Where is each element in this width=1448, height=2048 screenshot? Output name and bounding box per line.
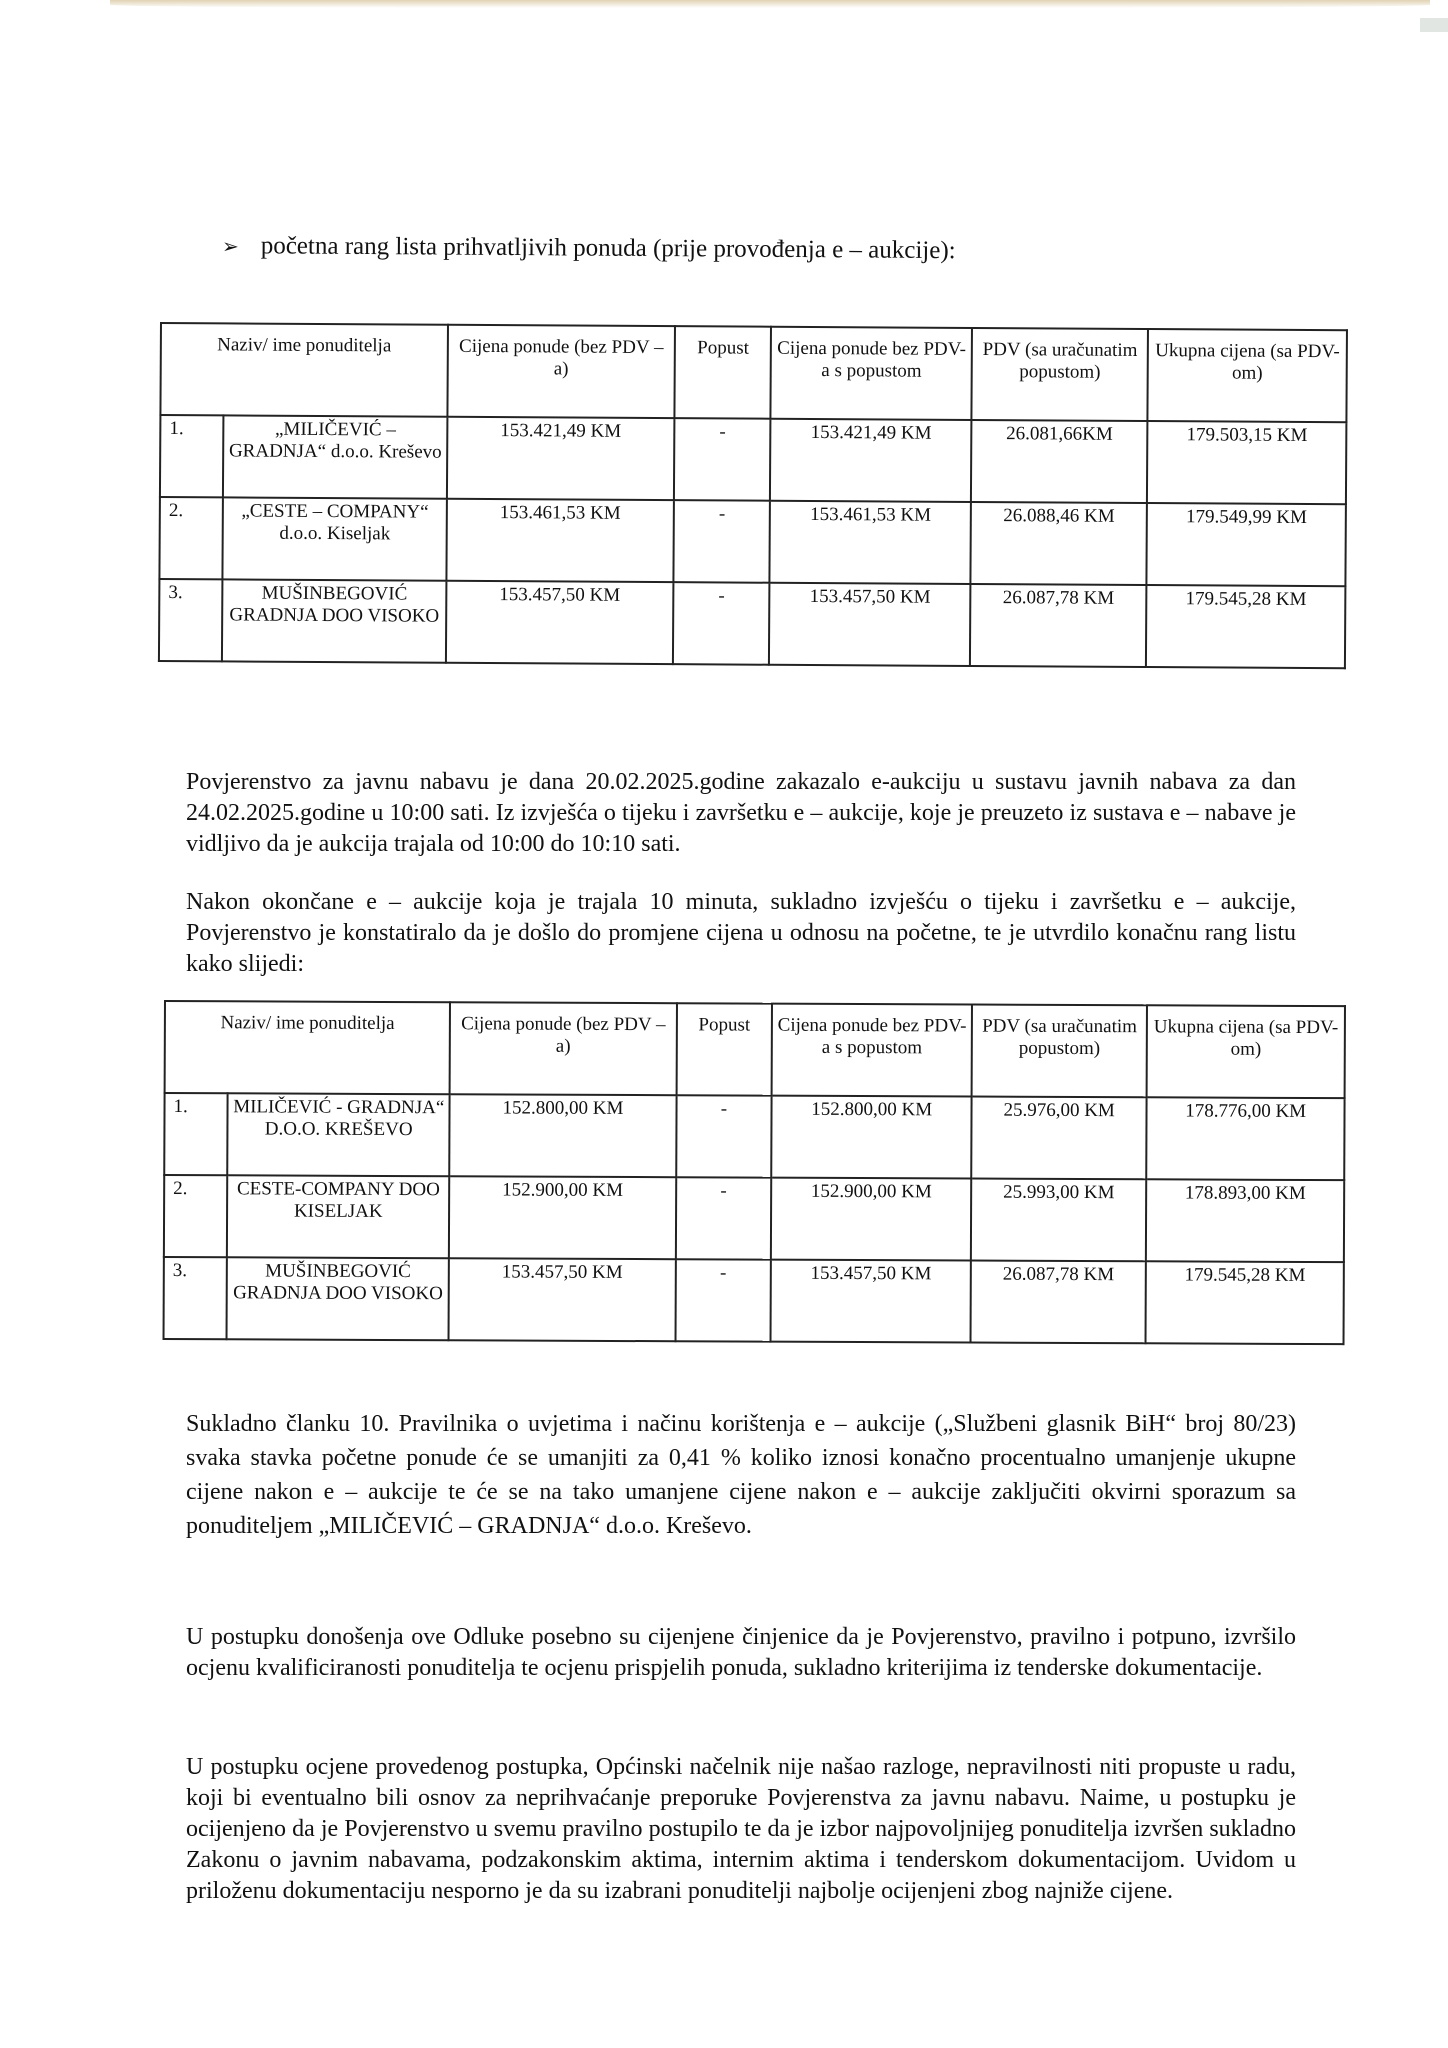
price-with-discount: 153.457,50 KM (769, 583, 970, 666)
total: 179.545,28 KM (1146, 1261, 1344, 1344)
header-vat: PDV (sa uračunatim popustom) (972, 328, 1149, 421)
discount: - (673, 582, 770, 665)
price: 153.457,50 KM (446, 581, 674, 664)
header-discount: Popust (675, 326, 772, 419)
price-with-discount: 152.900,00 KM (771, 1178, 971, 1261)
price-with-discount: 153.457,50 KM (771, 1260, 971, 1343)
header-price-discount: Cijena ponude bez PDV-a s popustom (771, 327, 972, 420)
initial-ranking-heading: ➢ početna rang lista prihvatljivih ponud… (222, 232, 956, 265)
page-top-edge (110, 0, 1430, 8)
header-bidder-name: Naziv/ ime ponuditelja (165, 1001, 451, 1094)
total: 179.549,99 KM (1147, 503, 1346, 586)
vat: 26.088,46 KM (971, 502, 1148, 585)
price: 153.421,49 KM (447, 417, 675, 500)
price: 153.461,53 KM (446, 499, 674, 582)
header-price: Cijena ponude (bez PDV – a) (450, 1002, 677, 1095)
initial-ranking-table: Naziv/ ime ponuditelja Cijena ponude (be… (158, 322, 1348, 669)
rank-number: 2. (159, 497, 223, 579)
price-with-discount: 153.421,49 KM (770, 419, 971, 502)
discount: - (674, 500, 771, 583)
header-price-discount: Cijena ponude bez PDV-a s popustom (772, 1004, 972, 1097)
header-vat: PDV (sa uračunatim popustom) (972, 1005, 1148, 1098)
rank-number: 3. (164, 1257, 228, 1339)
table-row: 1. MILIČEVIĆ - GRADNJA“ D.O.O. KREŠEVO 1… (164, 1093, 1344, 1180)
bidder-name: MILIČEVIĆ - GRADNJA“ D.O.O. KREŠEVO (227, 1093, 449, 1176)
table-row: 3. MUŠINBEGOVIĆ GRADNJA DOO VISOKO 153.4… (159, 579, 1345, 668)
header-price: Cijena ponude (bez PDV – a) (447, 325, 675, 418)
discount: - (674, 418, 771, 501)
evaluation-conclusion-paragraph: U postupku ocjene provedenog postupka, O… (186, 1752, 1296, 1907)
arrow-bullet-icon: ➢ (222, 234, 239, 259)
bidder-name: „MILIČEVIĆ – GRADNJA“ d.o.o. Kreševo (223, 415, 447, 498)
price-with-discount: 153.461,53 KM (770, 501, 971, 584)
total: 179.503,15 KM (1147, 421, 1346, 504)
price-reduction-paragraph: Sukladno članku 10. Pravilnika o uvjetim… (186, 1407, 1296, 1543)
vat: 26.087,78 KM (971, 1261, 1147, 1344)
total: 178.893,00 KM (1146, 1179, 1344, 1262)
table-header-row: Naziv/ ime ponuditelja Cijena ponude (be… (160, 323, 1347, 422)
page-corner-mark (1420, 18, 1448, 32)
price-with-discount: 152.800,00 KM (772, 1096, 972, 1179)
bidder-name: CESTE-COMPANY DOO KISELJAK (227, 1175, 449, 1258)
rank-number: 2. (164, 1175, 228, 1257)
auction-result-paragraph: Nakon okončane e – aukcije koja je traja… (186, 887, 1296, 980)
total: 179.545,28 KM (1146, 585, 1345, 668)
price: 152.800,00 KM (450, 1094, 677, 1177)
vat: 26.087,78 KM (970, 584, 1147, 667)
heading-text: početna rang lista prihvatljivih ponuda … (261, 232, 956, 265)
header-total: Ukupna cijena (sa PDV-om) (1148, 329, 1347, 422)
table-row: 2. „CESTE – COMPANY“ d.o.o. Kiseljak 153… (159, 497, 1345, 586)
final-ranking-table: Naziv/ ime ponuditelja Cijena ponude (be… (163, 1000, 1346, 1345)
discount: - (675, 1177, 771, 1259)
header-bidder-name: Naziv/ ime ponuditelja (160, 323, 447, 417)
bidder-name: MUŠINBEGOVIĆ GRADNJA DOO VISOKO (222, 579, 446, 662)
price: 152.900,00 KM (449, 1176, 676, 1259)
decision-basis-paragraph: U postupku donošenja ove Odluke posebno … (186, 1622, 1296, 1684)
table-header-row: Naziv/ ime ponuditelja Cijena ponude (be… (165, 1001, 1345, 1098)
table-row: 1. „MILIČEVIĆ – GRADNJA“ d.o.o. Kreševo … (160, 415, 1346, 504)
price: 153.457,50 KM (449, 1258, 676, 1341)
discount: - (675, 1259, 771, 1341)
table-row: 3. MUŠINBEGOVIĆ GRADNJA DOO VISOKO 153.4… (164, 1257, 1344, 1344)
header-discount: Popust (676, 1003, 772, 1095)
bidder-name: MUŠINBEGOVIĆ GRADNJA DOO VISOKO (227, 1257, 449, 1340)
header-total: Ukupna cijena (sa PDV-om) (1147, 1005, 1345, 1098)
total: 178.776,00 KM (1147, 1097, 1345, 1180)
rank-number: 1. (164, 1093, 228, 1175)
discount: - (676, 1095, 772, 1177)
table-row: 2. CESTE-COMPANY DOO KISELJAK 152.900,00… (164, 1175, 1344, 1262)
bidder-name: „CESTE – COMPANY“ d.o.o. Kiseljak (223, 497, 447, 580)
rank-number: 3. (159, 579, 223, 661)
auction-schedule-paragraph: Povjerenstvo za javnu nabavu je dana 20.… (186, 767, 1296, 860)
rank-number: 1. (160, 415, 224, 497)
vat: 26.081,66KM (971, 420, 1148, 503)
vat: 25.976,00 KM (971, 1097, 1147, 1180)
vat: 25.993,00 KM (971, 1179, 1147, 1262)
